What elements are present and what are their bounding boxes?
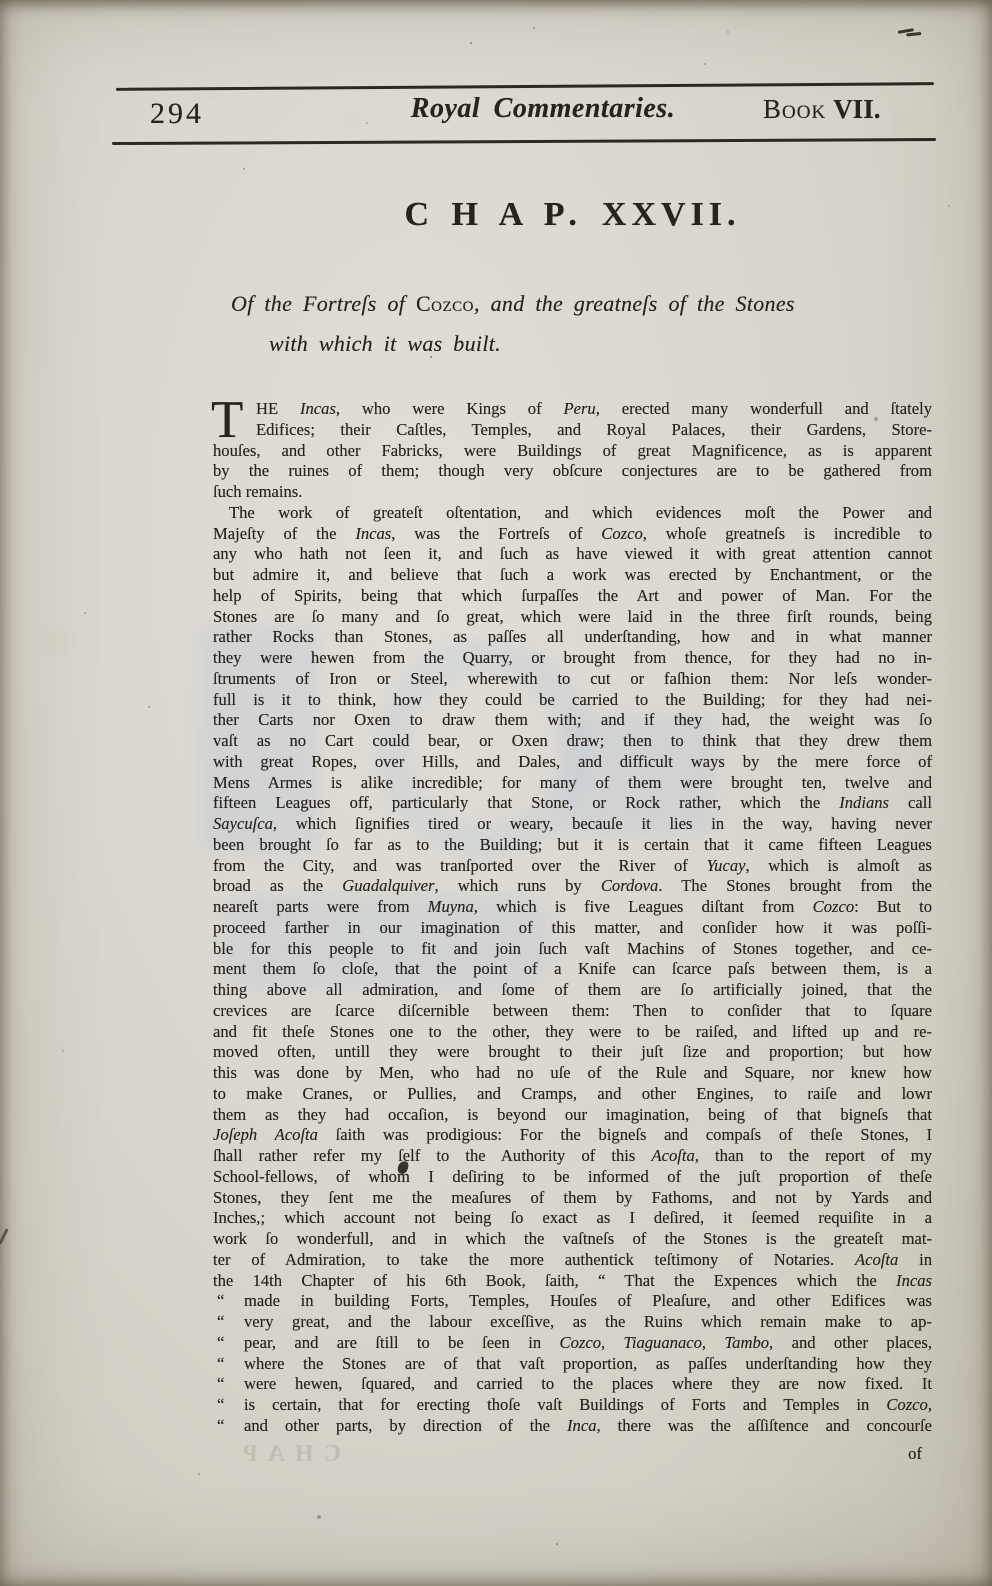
chapter-word: C H A P. [404, 196, 583, 233]
chapter-subtitle: Of the Fortreſs of Cozco, and the greatn… [231, 284, 936, 364]
text-line: Edifices; their Caſtles, Temples, and Ro… [213, 420, 932, 441]
text-line: rather Rocks than Stones, as paſſes all … [213, 627, 932, 648]
subtitle-line: with which it was built. [231, 324, 936, 364]
text-line: and fit theſe Stones one to the other, t… [213, 1022, 932, 1043]
text-line: this was done by Men, who had no uſe of … [213, 1063, 932, 1084]
text-line: “pear, and are ſtill to be ſeen in Cozco… [213, 1333, 932, 1354]
text-line: with great Ropes, over Hills, and Dales,… [213, 752, 932, 773]
text-line: thing above all admiration, and ſome of … [213, 980, 932, 1001]
text-line: fifteen Leagues off, particularly that S… [213, 793, 932, 814]
paragraph-1: T HE Incas, who were Kings of Peru, erec… [213, 399, 932, 503]
text-line: proceed farther in our imagination of th… [213, 918, 932, 939]
text-line: ſhall rather refer my ſelf to the Author… [213, 1146, 932, 1167]
text-line: neareſt parts were from Muyna, which is … [213, 897, 932, 918]
quote-mark: “ [217, 1312, 224, 1333]
text-line: ter of Admiration, to take the more auth… [213, 1250, 932, 1271]
text-line: from the City, and was tranſported over … [213, 856, 932, 877]
text-line: any who hath not ſeen it, and ſuch as ha… [213, 544, 932, 565]
quote-mark: “ [217, 1395, 224, 1416]
text-line: “made in building Forts, Temples, Houſes… [213, 1291, 932, 1312]
text-line: “were hewen, ſquared, and carried to the… [213, 1374, 932, 1395]
margin-pen-mark [0, 1228, 9, 1245]
text-line: HE Incas, who were Kings of Peru, erecte… [213, 399, 932, 420]
paragraph-2: The work of greateſt oſtentation, and wh… [213, 503, 932, 1292]
text-line: houſes, and other Fabricks, were Buildin… [213, 441, 932, 462]
text-line: ſtruments of Iron or Steel, wherewith to… [213, 669, 932, 690]
page-number: 294 [150, 97, 204, 131]
header-rule-bottom [112, 138, 936, 145]
text-line: but admire it, and believe that ſuch a w… [213, 565, 932, 586]
text-line: ment them ſo cloſe, that the point of a … [213, 959, 932, 980]
drop-cap: T [211, 399, 251, 441]
text-line: “very great, and the labour exceſſive, a… [213, 1312, 932, 1333]
text-line: to make Cranes, or Pullies, and Cramps, … [213, 1084, 932, 1105]
quote-mark: “ [217, 1354, 224, 1375]
text-line: Mens Armes is alike incredible; for many… [213, 773, 932, 794]
text-line: full is it to think, how they could be c… [213, 690, 932, 711]
text-line: “where the Stones are of that vaſt propo… [213, 1354, 932, 1375]
text-line: them as they had occaſion, is beyond our… [213, 1105, 932, 1126]
book-numeral: VII. [833, 94, 880, 124]
text-line: help of Spirits, being that which ſurpaſ… [213, 586, 932, 607]
text-line: by the ruines of them; though very obſcu… [213, 461, 932, 482]
header-rule-top [116, 82, 934, 91]
book-page: 294 Royal Commentaries. BookVII. C H A P… [0, 0, 992, 1586]
text-line: crevices are ſcarce diſcernible between … [213, 1001, 932, 1022]
quote-mark: “ [217, 1416, 224, 1437]
text-line: moved often, untill they were brought to… [213, 1042, 932, 1063]
chapter-numeral: XXVII. [602, 196, 741, 233]
text-line: ther Carts nor Oxen to draw them with; a… [213, 710, 932, 731]
running-title: Royal Commentaries. [243, 93, 843, 125]
text-line: The work of greateſt oſtentation, and wh… [213, 503, 932, 524]
text-line: they were hewen from the Quarry, or brou… [213, 648, 932, 669]
book-word: Book [763, 94, 826, 124]
text-line: ſuch remains. [213, 482, 932, 503]
text-line: the 14th Chapter of his 6th Book, ſaith,… [213, 1271, 932, 1292]
text-line: Inches,; which account not being ſo exac… [213, 1208, 932, 1229]
text-line: work ſo wonderfull, and in which the vaſ… [213, 1229, 932, 1250]
text-line: broad as the Guadalquiver, which runs by… [213, 876, 932, 897]
text-line: Saycuſca, which ſignifies tired or weary… [213, 814, 932, 835]
text-line: “and other parts, by direction of the In… [213, 1416, 932, 1437]
show-through-text: CHAP [233, 1441, 341, 1468]
pen-mark [898, 26, 925, 39]
quote-mark: “ [217, 1291, 224, 1312]
text-line: vaſt as no Cart could bear, or Oxen draw… [213, 731, 932, 752]
quote-mark: “ [217, 1333, 224, 1354]
book-label: BookVII. [763, 94, 880, 125]
text-line: Majeſty of the Incas, was the Fortreſs o… [213, 524, 932, 545]
text-line: Stones, they ſent me the meaſures of the… [213, 1188, 932, 1209]
text-line: Joſeph Acoſta ſaith was prodigious: For … [213, 1125, 932, 1146]
quoted-passage: “made in building Forts, Temples, Houſes… [213, 1291, 932, 1436]
quote-mark: “ [217, 1374, 224, 1395]
subtitle-line: Of the Fortreſs of Cozco, and the greatn… [231, 284, 936, 324]
text-line: ble for this people to fit and join ſuch… [213, 939, 932, 960]
text-line: Stones are ſo many and ſo great, which w… [213, 607, 932, 628]
body-text: T HE Incas, who were Kings of Peru, erec… [213, 399, 932, 1465]
text-line: been brought ſo far as to the Building; … [213, 835, 932, 856]
text-line: School-fellows, of whom I deſiring to be… [213, 1167, 932, 1188]
text-line: “is certain, that for erecting thoſe vaſ… [213, 1395, 932, 1416]
chapter-heading: C H A P.XXVII. [213, 196, 932, 234]
